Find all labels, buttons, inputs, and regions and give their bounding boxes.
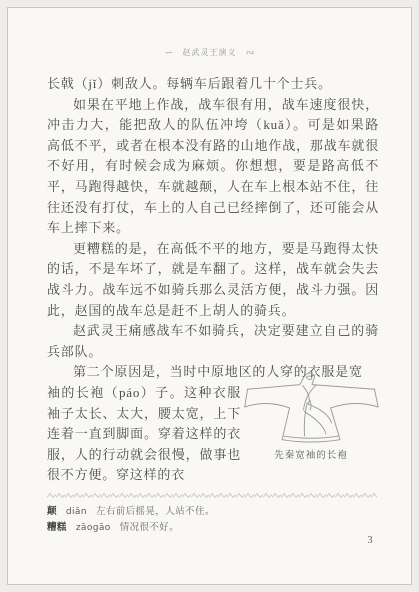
- footnote-pinyin: zāogāo: [76, 523, 111, 533]
- footnote-pinyin: diān: [66, 507, 87, 517]
- robe-figure: 先秦宽袖的长袍: [241, 367, 381, 462]
- paragraph-decision: 赵武灵王痛感战车不如骑兵，决定要建立自己的骑兵部队。: [47, 321, 379, 362]
- footnote-divider-ornament: [47, 492, 377, 499]
- book-page: ∽ 赵武灵王演义 ∾ 长戟（jǐ）刺敌人。每辆车后跟着几十个士兵。 如果在平地上…: [0, 0, 419, 592]
- paragraph-second-reason-rest: 袖的长袍（páo）子。这种衣服袖子太长、太大，腰太宽，上下连着一直到脚面。穿着这…: [47, 383, 241, 486]
- running-header-title: 赵武灵王演义: [183, 47, 237, 58]
- swash-right-icon: ∾: [246, 49, 255, 57]
- footnote-definition: 左右前后摇晃，人站不住。: [96, 507, 215, 517]
- footnote-definition: 情况很不好。: [120, 523, 179, 533]
- running-header: ∽ 赵武灵王演义 ∾: [0, 47, 419, 58]
- robe-illustration: [241, 367, 381, 447]
- swash-left-icon: ∽: [164, 49, 173, 57]
- footnote-dian: 颠diān左右前后摇晃，人站不住。: [47, 504, 379, 520]
- body-text: 长戟（jǐ）刺敌人。每辆车后跟着几十个士兵。 如果在平地上作战，战车很有用，战车…: [47, 74, 379, 486]
- footnotes: 颠diān左右前后摇晃，人站不住。 糟糕zāogāo情况很不好。: [47, 504, 379, 536]
- text-figure-row: 袖的长袍（páo）子。这种衣服袖子太长、太大，腰太宽，上下连着一直到脚面。穿着这…: [47, 383, 379, 486]
- footnote-zaogao: 糟糕zāogāo情况很不好。: [47, 520, 379, 536]
- footnote-term: 颠: [47, 507, 57, 517]
- paragraph-chariot-pros-cons: 如果在平地上作战，战车很有用，战车速度很快，冲击力大，能把敌人的队伍冲垮（kuǎ…: [47, 95, 379, 239]
- figure-caption: 先秦宽袖的长袍: [274, 450, 348, 462]
- footnote-term: 糟糕: [47, 523, 67, 533]
- paragraph-continuation: 长戟（jǐ）刺敌人。每辆车后跟着几十个士兵。: [47, 74, 379, 95]
- page-number: 3: [363, 535, 377, 546]
- paragraph-chariot-weakness: 更糟糕的是，在高低不平的地方，要是马跑得太快的话，不是车坏了，就是车翻了。这样，…: [47, 239, 379, 321]
